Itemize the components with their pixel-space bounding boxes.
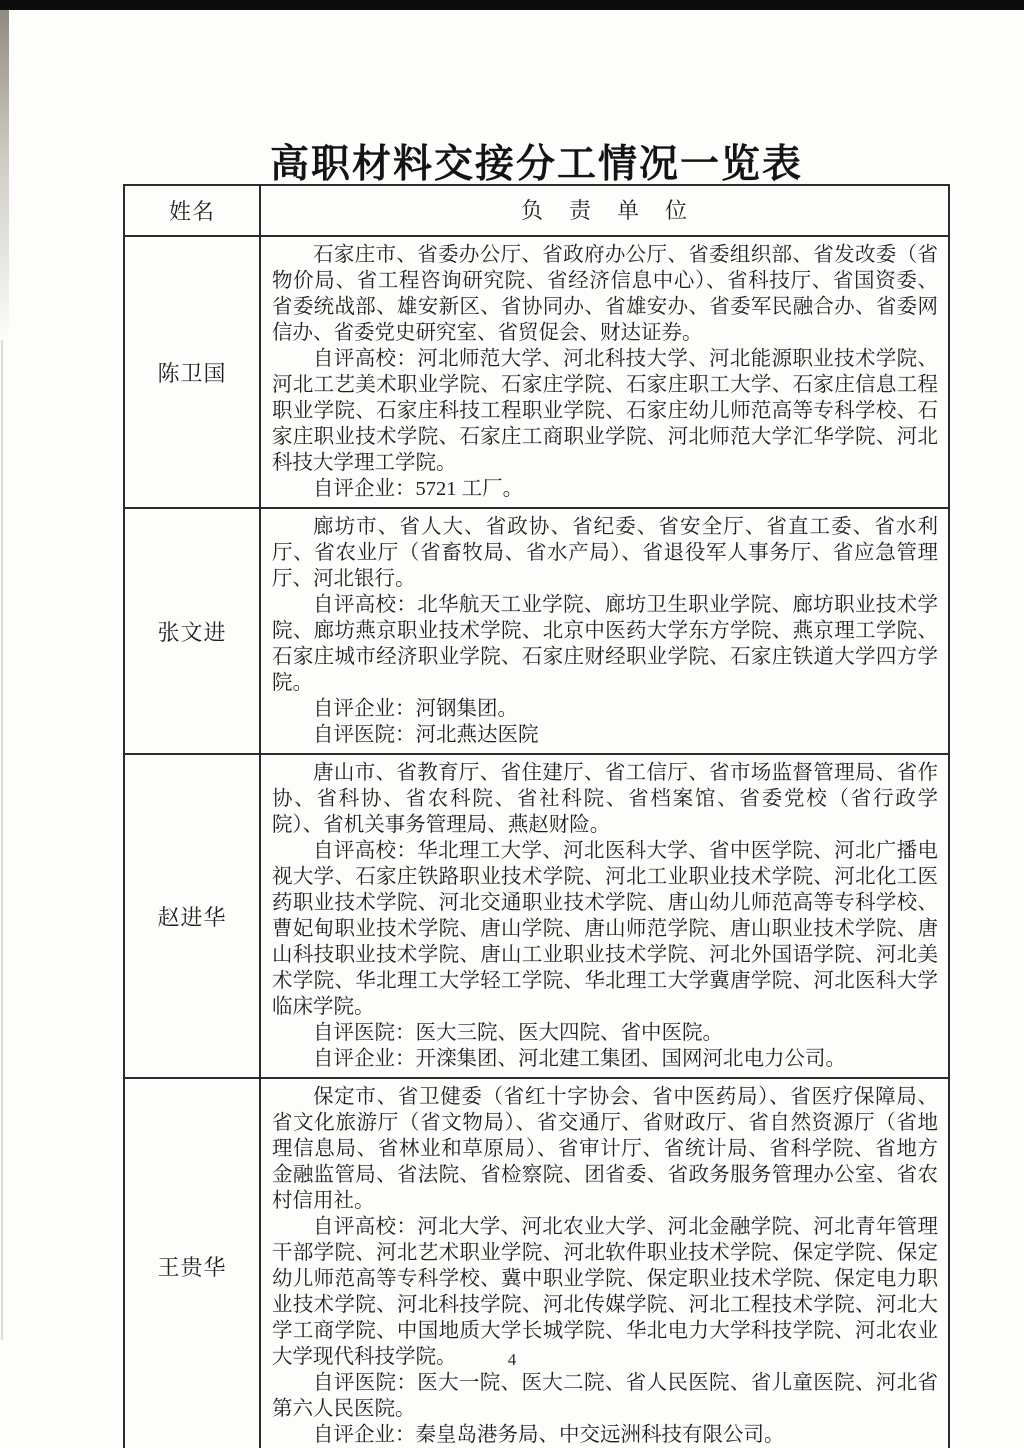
document-title: 高职材料交接分工情况一览表 <box>123 133 950 189</box>
person-name: 王贵华 <box>125 1079 261 1448</box>
units-paragraph: 自评企业：河钢集团。 <box>272 696 938 722</box>
scan-edge-left-line <box>1 340 3 1340</box>
table-row: 王贵华 保定市、省卫健委（省红十字协会、省中医药局）、省医疗保障局、省文化旅游厅… <box>125 1079 948 1448</box>
scan-edge-top <box>0 0 1024 10</box>
responsible-units: 保定市、省卫健委（省红十字协会、省中医药局）、省医疗保障局、省文化旅游厅（省文物… <box>261 1079 948 1448</box>
units-paragraph: 保定市、省卫健委（省红十字协会、省中医药局）、省医疗保障局、省文化旅游厅（省文物… <box>272 1084 938 1214</box>
units-paragraph: 自评企业：开滦集团、河北建工集团、国网河北电力公司。 <box>272 1046 938 1072</box>
units-paragraph: 自评高校：北华航天工业学院、廊坊卫生职业学院、廊坊职业技术学院、廊坊燕京职业技术… <box>272 592 938 696</box>
scan-edge-left <box>0 10 9 340</box>
units-paragraph: 唐山市、省教育厅、省住建厅、省工信厅、省市场监督管理局、省作协、省科协、省农科院… <box>272 760 938 838</box>
units-paragraph: 自评高校：河北师范大学、河北科技大学、河北能源职业技术学院、河北工艺美术职业学院… <box>272 346 938 476</box>
table-row: 陈卫国 石家庄市、省委办公厅、省政府办公厅、省委组织部、省发改委（省物价局、省工… <box>125 237 948 509</box>
person-name: 陈卫国 <box>125 237 261 507</box>
units-paragraph: 石家庄市、省委办公厅、省政府办公厅、省委组织部、省发改委（省物价局、省工程咨询研… <box>272 242 938 346</box>
table-row: 张文进 廊坊市、省人大、省政协、省纪委、省安全厅、省直工委、省水利厅、省农业厅（… <box>125 509 948 755</box>
assignment-table: 姓名 负 责 单 位 陈卫国 石家庄市、省委办公厅、省政府办公厅、省委组织部、省… <box>123 184 950 1448</box>
units-paragraph: 自评高校：河北大学、河北农业大学、河北金融学院、河北青年管理干部学院、河北艺术职… <box>272 1214 938 1370</box>
person-name: 赵进华 <box>125 755 261 1077</box>
page-number: 4 <box>0 1350 1024 1370</box>
table-header-row: 姓名 负 责 单 位 <box>125 186 948 237</box>
units-paragraph: 自评医院：医大三院、医大四院、省中医院。 <box>272 1020 938 1046</box>
units-paragraph: 自评医院：河北燕达医院 <box>272 722 938 748</box>
units-paragraph: 自评医院：医大一院、医大二院、省人民医院、省儿童医院、河北省第六人民医院。 <box>272 1370 938 1422</box>
header-units: 负 责 单 位 <box>261 186 948 235</box>
units-paragraph: 廊坊市、省人大、省政协、省纪委、省安全厅、省直工委、省水利厅、省农业厅（省畜牧局… <box>272 514 938 592</box>
responsible-units: 唐山市、省教育厅、省住建厅、省工信厅、省市场监督管理局、省作协、省科协、省农科院… <box>261 755 948 1077</box>
responsible-units: 石家庄市、省委办公厅、省政府办公厅、省委组织部、省发改委（省物价局、省工程咨询研… <box>261 237 948 507</box>
header-name: 姓名 <box>125 186 261 235</box>
units-paragraph: 自评企业：秦皇岛港务局、中交远洲科技有限公司。 <box>272 1422 938 1448</box>
table-row: 赵进华 唐山市、省教育厅、省住建厅、省工信厅、省市场监督管理局、省作协、省科协、… <box>125 755 948 1079</box>
scanned-page: 高职材料交接分工情况一览表 姓名 负 责 单 位 陈卫国 石家庄市、省委办公厅、… <box>0 0 1024 1448</box>
responsible-units: 廊坊市、省人大、省政协、省纪委、省安全厅、省直工委、省水利厅、省农业厅（省畜牧局… <box>261 509 948 753</box>
units-paragraph: 自评企业：5721 工厂。 <box>272 476 938 502</box>
units-paragraph: 自评高校：华北理工大学、河北医科大学、省中医学院、河北广播电视大学、石家庄铁路职… <box>272 838 938 1020</box>
person-name: 张文进 <box>125 509 261 753</box>
